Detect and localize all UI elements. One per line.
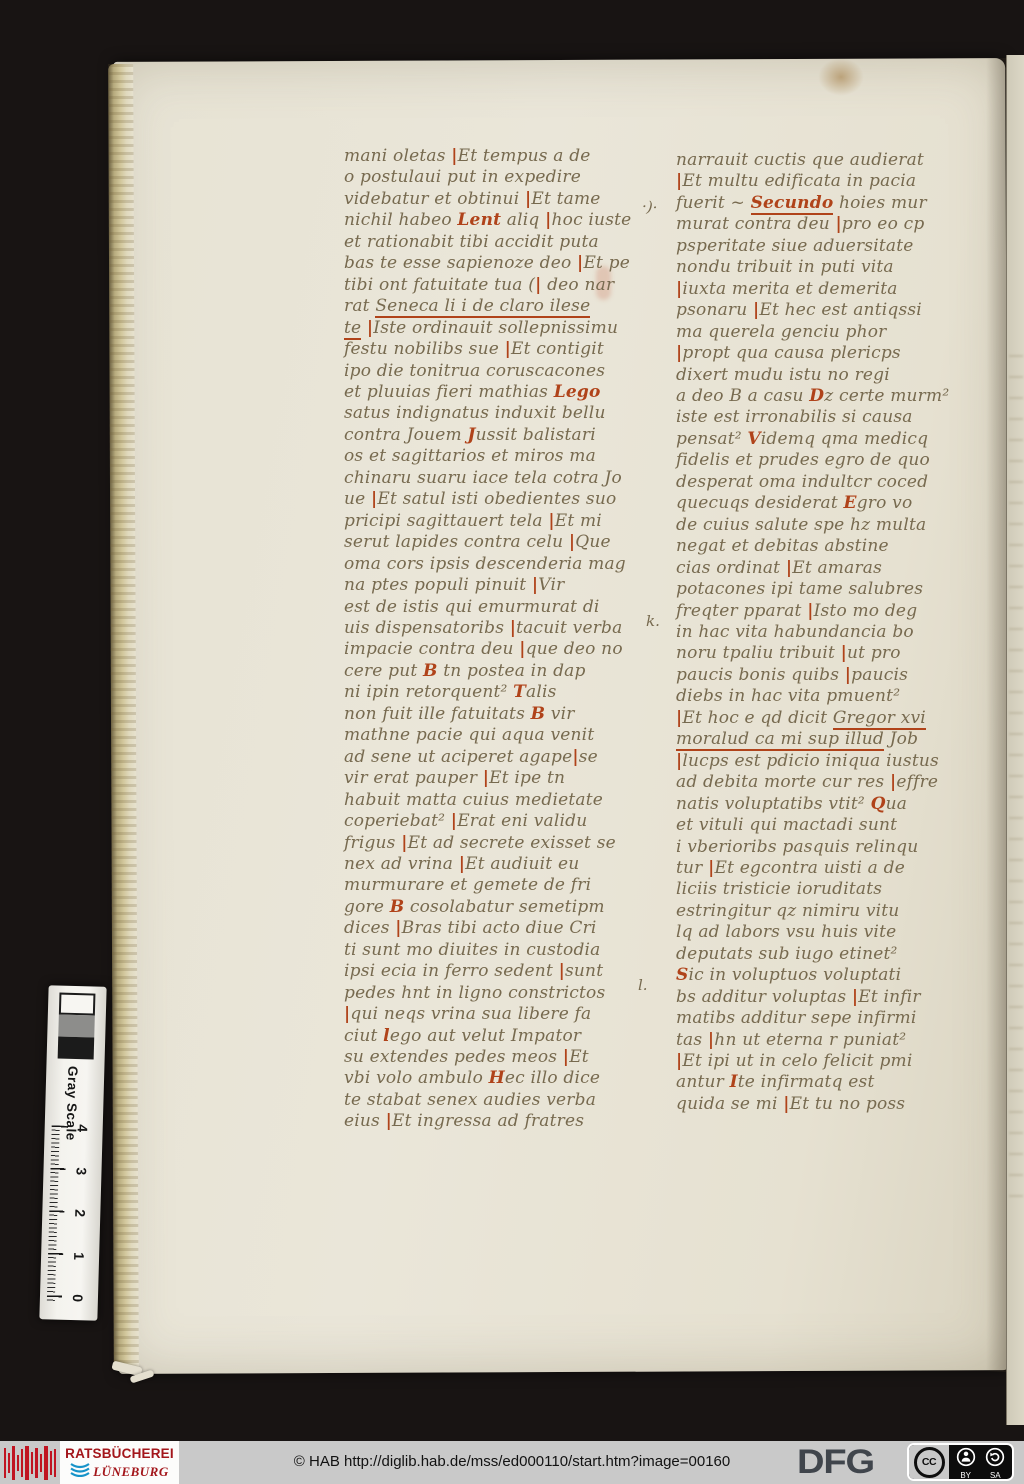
attribution-person-icon	[956, 1454, 976, 1471]
manuscript-text-line: videbatur et obtinui |Et tame	[344, 189, 654, 210]
manuscript-text-line: ciut lego aut velut Impator	[344, 1026, 654, 1047]
parchment-stain	[818, 58, 864, 96]
rubricated-text: E	[844, 493, 857, 513]
ink-text: ciut	[344, 1026, 383, 1046]
manuscript-text-line: |lucps est pdicio iniqua iustus	[676, 751, 986, 772]
manuscript-text-line: te |Iste ordinauit sollepnissimu	[344, 318, 654, 339]
ink-text: Et	[569, 1047, 589, 1067]
ink-text: bs additur voluptas	[676, 987, 852, 1007]
manuscript-text-line: i vberioribs pasquis relinqu	[676, 837, 986, 858]
ink-text: iuxta merita et demerita	[682, 279, 897, 299]
text-column-right: narrauit cuctis que audierat|Et multu ed…	[676, 150, 986, 1115]
attribution-strip: RATSBÜCHEREI LÜNEBURG © HAB http://digli…	[0, 1441, 1024, 1484]
cc-by-block: BY	[953, 1447, 979, 1480]
ink-text: z certe murm²	[824, 386, 949, 406]
ink-text: pricipi sagittauert tela	[344, 511, 548, 531]
marginal-mark: k.	[646, 612, 660, 630]
ink-text: Et hoc e qd dicit	[682, 708, 833, 728]
rubricated-text: Gregor xvi	[833, 708, 926, 730]
manuscript-text-line: su extendes pedes meos |Et	[344, 1047, 654, 1068]
manuscript-text-line: na ptes populi pinuit |Vir	[344, 575, 654, 596]
ink-text: pensat²	[676, 429, 747, 449]
ink-text: hn ut eterna r puniat²	[714, 1030, 906, 1050]
ink-text: o postulaui put in expedire	[344, 167, 581, 187]
ink-text: Et tu no poss	[790, 1094, 906, 1114]
manuscript-text-line: coperiebat² |Erat eni validu	[344, 811, 654, 832]
ink-text: effre	[896, 772, 938, 792]
manuscript-text-line: vir erat pauper |Et ipe tn	[344, 768, 654, 789]
ink-text: desperat oma indultcr coced	[676, 472, 928, 492]
ink-text: nex ad vrina	[344, 854, 459, 874]
ink-text: qui neqs vrina sua libere fa	[350, 1004, 591, 1024]
ink-text: Et ad secrete exisset se	[408, 833, 616, 853]
facing-page-ghost-text	[1009, 355, 1023, 1215]
manuscript-text-line: a deo B a casu Dz certe murm²	[676, 386, 986, 407]
ink-text: vir	[545, 704, 574, 724]
ink-text: contra Jouem	[344, 425, 467, 445]
digitized-manuscript-photo: mani oletas |Et tempus a deo postulaui p…	[0, 0, 1024, 1484]
manuscript-text-line: uis dispensatoribs |tacuit verba	[344, 618, 654, 639]
manuscript-text-line: potacones ipi tame salubres	[676, 579, 986, 600]
rubricated-text: Lent	[457, 210, 501, 230]
ink-text: matibs additur sepe infirmi	[676, 1008, 917, 1028]
ink-text: iste est irronabilis si causa	[676, 407, 913, 427]
ink-text: tas	[676, 1030, 708, 1050]
ink-text: vbi volo ambulo	[344, 1068, 489, 1088]
ink-text: hoies mur	[833, 193, 926, 213]
ink-text: tn postea in dap	[438, 661, 586, 681]
ink-text: Et hec est antiqssi	[759, 300, 922, 320]
manuscript-text-line: cere put B tn postea in dap	[344, 661, 654, 682]
manuscript-text-line: ipo die tonitrua coruscacones	[344, 361, 654, 382]
manuscript-text-line: iste est irronabilis si causa	[676, 407, 986, 428]
rubricated-text: moralud ca mi sup illud	[676, 729, 884, 751]
ink-text: ma querela genciu phor	[676, 322, 887, 342]
rubricated-text: Seneca li i de claro ilese	[375, 296, 590, 318]
ink-text: pro eo cp	[842, 214, 925, 234]
manuscript-text-line: ni ipin retorquent² Talis	[344, 682, 654, 703]
manuscript-text-line: antur Ite infirmatq est	[676, 1072, 986, 1093]
manuscript-text-line: de cuius salute spe hz multa	[676, 515, 986, 536]
marginal-mark: ·)·	[641, 197, 658, 217]
manuscript-text-line: narrauit cuctis que audierat	[676, 150, 986, 171]
ink-text: cias ordinat	[676, 558, 786, 578]
ink-text: cere put	[344, 661, 423, 681]
ink-text: estringitur qz nimiru vitu	[676, 901, 899, 921]
ink-text: ussit balistari	[476, 425, 596, 445]
rubricated-text: Q	[871, 794, 886, 814]
manuscript-text-line: et pluuias fieri mathias Lego	[344, 382, 654, 403]
ink-text: nichil habeo	[344, 210, 457, 230]
manuscript-text-line: os et sagittarios et miros ma	[344, 446, 654, 467]
manuscript-text-line: nichil habeo Lent aliq |hoc iuste	[344, 210, 654, 231]
ink-text: Et satul isti obedientes suo	[377, 489, 616, 509]
ink-text: Et contigit	[511, 339, 604, 359]
ink-text: tur	[676, 858, 708, 878]
ink-text: os et sagittarios et miros ma	[344, 446, 596, 466]
ink-text: Erat eni validu	[457, 811, 587, 831]
manuscript-text-line: |Et ipi ut in celo felicit pmi	[676, 1051, 986, 1072]
ink-text: liciis tristicie ioruditats	[676, 879, 882, 899]
manuscript-text-line: psonaru |Et hec est antiqssi	[676, 300, 986, 321]
manuscript-text-line: dixert mudu istu no regi	[676, 365, 986, 386]
dfg-logo: DFG	[797, 1443, 874, 1482]
manuscript-text-line: tur |Et egcontra uisti a de	[676, 858, 986, 879]
ink-text: lucps est pdicio iniqua iustus	[682, 751, 939, 771]
ink-text: Et audiuit eu	[465, 854, 579, 874]
ink-text: mathne pacie qui aqua venit	[344, 725, 594, 745]
ink-text: a deo B a casu	[676, 386, 809, 406]
ink-text: psperitate siue aduersitate	[676, 236, 914, 256]
rubricated-text: te	[344, 318, 361, 340]
gray-scale-ruler: Gray Scale 43210	[39, 985, 106, 1320]
ink-text: dices	[344, 918, 395, 938]
ink-text: Job	[884, 729, 918, 749]
ink-text: et pluuias fieri mathias	[344, 382, 554, 402]
manuscript-text-line: gore B cosolabatur semetipm	[344, 897, 654, 918]
manuscript-text-line: desperat oma indultcr coced	[676, 472, 986, 493]
manuscript-text-line: natis voluptatibs vtit² Qua	[676, 794, 986, 815]
cc-by-label: BY	[953, 1472, 979, 1480]
manuscript-text-line: murmurare et gemete de fri	[344, 875, 654, 896]
ink-text: frigus	[344, 833, 401, 853]
ink-text: ec illo dice	[505, 1068, 600, 1088]
manuscript-text-line: pedes hnt in ligno constrictos	[344, 983, 654, 1004]
manuscript-text-line: impacie contra deu |que deo no	[344, 639, 654, 660]
share-alike-icon	[985, 1454, 1005, 1471]
ink-text: Vir	[538, 575, 564, 595]
manuscript-text-line: et vituli qui mactadi sunt	[676, 815, 986, 836]
ink-text: Que	[575, 532, 611, 552]
manuscript-text-line: fidelis et prudes egro de quo	[676, 450, 986, 471]
ink-text: ni ipin retorquent²	[344, 682, 513, 702]
ink-text: ego aut velut Impator	[390, 1026, 581, 1046]
ink-text: idemq qma medicq	[761, 429, 928, 449]
manuscript-text-line: habuit matta cuius medietate	[344, 790, 654, 811]
manuscript-text-line: frigus |Et ad secrete exisset se	[344, 833, 654, 854]
ink-text: Bras tibi acto diue Cri	[402, 918, 597, 938]
ink-text: narrauit cuctis que audierat	[676, 150, 924, 170]
ruler-number: 0	[68, 1289, 86, 1307]
manuscript-text-line: non fuit ille fatuitats B vir	[344, 704, 654, 725]
manuscript-text-line: tas |hn ut eterna r puniat²	[676, 1030, 986, 1051]
ink-text: sunt	[565, 961, 603, 981]
manuscript-text-line: |Et hoc e qd dicit Gregor xvi	[676, 708, 986, 729]
manuscript-text-line: bs additur voluptas |Et infir	[676, 987, 986, 1008]
manuscript-text-line: liciis tristicie ioruditats	[676, 879, 986, 900]
rubricated-text: J	[467, 425, 475, 445]
ink-text: Et ipe tn	[489, 768, 565, 788]
manuscript-text-line: dices |Bras tibi acto diue Cri	[344, 918, 654, 939]
ink-text: chinaru suaru iace tela cotra Jo	[344, 468, 622, 488]
cc-letters: CC	[922, 1456, 936, 1468]
gray-scale-patch-gray	[58, 1015, 95, 1038]
manuscript-text-line: festu nobilibs sue |Et contigit	[344, 339, 654, 360]
gray-scale-patch-black	[58, 1037, 95, 1060]
ink-text: non fuit ille fatuitats	[344, 704, 531, 724]
ink-text: negat et debitas abstine	[676, 536, 889, 556]
manuscript-text-line: est de istis qui emurmurat di	[344, 597, 654, 618]
cc-icon: CC	[909, 1445, 949, 1479]
manuscript-text-line: et rationabit tibi accidit puta	[344, 232, 654, 253]
text-column-left: mani oletas |Et tempus a deo postulaui p…	[344, 146, 654, 1133]
ink-text: serut lapides contra celu	[344, 532, 569, 552]
rubricated-text: B	[390, 897, 405, 917]
ink-text: et vituli qui mactadi sunt	[676, 815, 897, 835]
manuscript-text-line: |Et multu edificata in pacia	[676, 171, 986, 192]
ink-text: lq ad labors vsu huis vite	[676, 922, 896, 942]
manuscript-text-line: ad sene ut aciperet agape|se	[344, 747, 654, 768]
ink-text: deo nar	[541, 275, 614, 295]
ink-text: gro vo	[857, 493, 913, 513]
ink-text: oma cors ipsis descenderia mag	[344, 554, 626, 574]
manuscript-text-line: serut lapides contra celu |Que	[344, 532, 654, 553]
rubricated-text: T	[513, 682, 526, 702]
ink-text: rat	[344, 296, 375, 316]
ink-text: Iste ordinauit sollepnissimu	[373, 318, 618, 338]
ink-text: paucis	[851, 665, 908, 685]
manuscript-text-line: ad debita morte cur res |effre	[676, 772, 986, 793]
rubricated-text: S	[676, 965, 688, 985]
ink-text: est de istis qui emurmurat di	[344, 597, 600, 617]
rubricated-text: B	[423, 661, 438, 681]
manuscript-text-line: deputats sub iugo etinet²	[676, 944, 986, 965]
rubricated-text: Secundo	[751, 193, 834, 215]
ink-text: i vberioribs pasquis relinqu	[676, 837, 918, 857]
manuscript-text-line: fuerit ~ Secundo hoies mur	[676, 193, 986, 214]
ink-text: ipo die tonitrua coruscacones	[344, 361, 605, 381]
manuscript-text-line: ma querela genciu phor	[676, 322, 986, 343]
manuscript-text-line: te stabat senex audies verba	[344, 1090, 654, 1111]
manuscript-text-line: o postulaui put in expedire	[344, 167, 654, 188]
ink-text: Et ingressa ad fratres	[392, 1111, 584, 1131]
ink-text: Et amaras	[792, 558, 882, 578]
manuscript-text-line: pensat² Videmq qma medicq	[676, 429, 986, 450]
ink-text: Et ipi ut in celo felicit pmi	[682, 1051, 912, 1071]
manuscript-text-line: nondu tribuit in puti vita	[676, 257, 986, 278]
ink-text: impacie contra deu	[344, 639, 519, 659]
manuscript-text-line: vbi volo ambulo Hec illo dice	[344, 1068, 654, 1089]
rubricated-text: V	[747, 429, 760, 449]
manuscript-text-line: ti sunt mo diuites in custodia	[344, 940, 654, 961]
ink-text: te stabat senex audies verba	[344, 1090, 596, 1110]
ink-text: ut pro	[847, 643, 901, 663]
ink-text: et rationabit tibi accidit puta	[344, 232, 599, 252]
ink-text: ue	[344, 489, 371, 509]
gray-scale-patch-white	[59, 993, 96, 1016]
manuscript-text-line: cias ordinat |Et amaras	[676, 558, 986, 579]
ink-text: que deo no	[526, 639, 623, 659]
ink-text: su extendes pedes meos	[344, 1047, 563, 1067]
ink-text: ad sene ut aciperet agape	[344, 747, 572, 767]
cc-license-badge: CC BY	[907, 1443, 1014, 1481]
ink-text: alis	[526, 682, 557, 702]
ink-text: tibi ont fatuitate tua (	[344, 275, 535, 295]
ink-text: Et infir	[858, 987, 921, 1007]
ink-text: vir erat pauper	[344, 768, 483, 788]
ink-text: freqter pparat	[676, 601, 807, 621]
manuscript-text-line: Sic in voluptuos voluptati	[676, 965, 986, 986]
rubricated-text: l	[383, 1026, 390, 1046]
ink-text: noru tpaliu tribuit	[676, 643, 841, 663]
ink-text: paucis bonis quibs	[676, 665, 845, 685]
manuscript-text-line: murat contra deu |pro eo cp	[676, 214, 986, 235]
manuscript-text-line: matibs additur sepe infirmi	[676, 1008, 986, 1029]
ruler-major-ticks	[47, 1125, 67, 1300]
manuscript-text-line: freqter pparat |Isto mo deg	[676, 601, 986, 622]
page-deckle-edge	[108, 64, 139, 1370]
facing-page-edge	[1006, 55, 1024, 1425]
gutter-shadow	[986, 58, 1006, 1372]
ink-text: ua	[886, 794, 907, 814]
ink-text: ipsi ecia in ferro sedent	[344, 961, 559, 981]
ink-text: gore	[344, 897, 390, 917]
ink-text: dixert mudu istu no regi	[676, 365, 890, 385]
manuscript-text-line: negat et debitas abstine	[676, 536, 986, 557]
manuscript-text-line: pricipi sagittauert tela |Et mi	[344, 511, 654, 532]
manuscript-text-line: mathne pacie qui aqua venit	[344, 725, 654, 746]
ink-text: bas te esse sapienoze deo	[344, 253, 577, 273]
manuscript-text-line: paucis bonis quibs |paucis	[676, 665, 986, 686]
ink-text: coperiebat²	[344, 811, 451, 831]
ink-text: murat contra deu	[676, 214, 835, 234]
ink-text: habuit matta cuius medietate	[344, 790, 603, 810]
manuscript-text-line: quida se mi |Et tu no poss	[676, 1094, 986, 1115]
marginal-mark: l.	[638, 976, 648, 994]
ink-text: natis voluptatibs vtit²	[676, 794, 871, 814]
ink-text: mani oletas	[344, 146, 451, 166]
manuscript-text-line: |qui neqs vrina sua libere fa	[344, 1004, 654, 1025]
ink-text: ti sunt mo diuites in custodia	[344, 940, 601, 960]
ink-text: Et egcontra uisti a de	[715, 858, 905, 878]
binding-thread	[112, 1362, 158, 1388]
ink-text: cosolabatur semetipm	[404, 897, 604, 917]
ink-text: fidelis et prudes egro de quo	[676, 450, 930, 470]
ink-text: ic in voluptuos voluptati	[688, 965, 901, 985]
manuscript-text-line: ue |Et satul isti obedientes suo	[344, 489, 654, 510]
ruler-number: 3	[71, 1161, 89, 1179]
manuscript-text-line: ipsi ecia in ferro sedent |sunt	[344, 961, 654, 982]
manuscript-text-line: lq ad labors vsu huis vite	[676, 922, 986, 943]
ink-text: de cuius salute spe hz multa	[676, 515, 926, 535]
ink-text: antur	[676, 1072, 730, 1092]
ink-text: Isto mo deg	[814, 601, 918, 621]
ink-text: na ptes populi pinuit	[344, 575, 532, 595]
rubricated-text: B	[531, 704, 546, 724]
ink-text: eius	[344, 1111, 386, 1131]
ruler-number: 1	[69, 1246, 87, 1264]
ruler-number: 4	[72, 1119, 90, 1137]
ink-text: te infirmatq est	[738, 1072, 875, 1092]
manuscript-text-line: rat Seneca li i de claro ilese	[344, 296, 654, 317]
ink-text: fuerit ~	[676, 193, 751, 213]
ink-text: Et mi	[555, 511, 602, 531]
manuscript-text-line: quecuqs desiderat Egro vo	[676, 493, 986, 514]
ink-text: nondu tribuit in puti vita	[676, 257, 894, 277]
manuscript-text-line: moralud ca mi sup illud Job	[676, 729, 986, 750]
manuscript-text-line: mani oletas |Et tempus a de	[344, 146, 654, 167]
rubricated-text: I	[730, 1072, 738, 1092]
manuscript-text-line: eius |Et ingressa ad fratres	[344, 1111, 654, 1132]
ink-text: ad debita morte cur res	[676, 772, 890, 792]
ink-text: hoc iuste	[552, 210, 632, 230]
ink-text: deputats sub iugo etinet²	[676, 944, 898, 964]
ink-text: satus indignatus induxit bellu	[344, 403, 606, 423]
manuscript-text-line: psperitate siue aduersitate	[676, 236, 986, 257]
manuscript-text-line: |propt qua causa plericps	[676, 343, 986, 364]
ink-text: aliq	[501, 210, 545, 230]
ink-text: Et pe	[583, 253, 630, 273]
ink-text: uis dispensatoribs	[344, 618, 510, 638]
manuscript-text-line: nex ad vrina |Et audiuit eu	[344, 854, 654, 875]
manuscript-text-line: in hac vita habundancia bo	[676, 622, 986, 643]
manuscript-text-line: bas te esse sapienoze deo |Et pe	[344, 253, 654, 274]
ink-text: diebs in hac vita pmuent²	[676, 686, 900, 706]
cc-sa-label: SA	[982, 1472, 1008, 1480]
manuscript-text-line: noru tpaliu tribuit |ut pro	[676, 643, 986, 664]
manuscript-text-line: |iuxta merita et demerita	[676, 279, 986, 300]
manuscript-text-line: contra Jouem Jussit balistari	[344, 425, 654, 446]
ink-text: quecuqs desiderat	[676, 493, 844, 513]
ink-text: quida se mi	[676, 1094, 783, 1114]
manuscript-text-line: diebs in hac vita pmuent²	[676, 686, 986, 707]
manuscript-text-line: oma cors ipsis descenderia mag	[344, 554, 654, 575]
ink-text: potacones ipi tame salubres	[676, 579, 923, 599]
manuscript-text-line: tibi ont fatuitate tua (| deo nar	[344, 275, 654, 296]
ink-text: murmurare et gemete de fri	[344, 875, 591, 895]
ink-text: Et tempus a de	[458, 146, 591, 166]
ink-text: Et tame	[531, 189, 600, 209]
manuscript-text-line: chinaru suaru iace tela cotra Jo	[344, 468, 654, 489]
manuscript-text-line: estringitur qz nimiru vitu	[676, 901, 986, 922]
ruler-number: 2	[70, 1204, 88, 1222]
ink-text: Et multu edificata in pacia	[682, 171, 916, 191]
ink-text: tacuit verba	[516, 618, 622, 638]
ink-text: se	[579, 747, 598, 767]
cc-sa-block: SA	[982, 1447, 1008, 1480]
ink-text: festu nobilibs sue	[344, 339, 505, 359]
ink-text: videbatur et obtinui	[344, 189, 525, 209]
ink-text: propt qua causa plericps	[682, 343, 900, 363]
ink-text: in hac vita habundancia bo	[676, 622, 914, 642]
rubricated-text: D	[809, 386, 824, 406]
rubricated-text: H	[489, 1068, 505, 1088]
rubricated-text: Lego	[554, 382, 601, 402]
manuscript-text-line: satus indignatus induxit bellu	[344, 403, 654, 424]
ink-text: pedes hnt in ligno constrictos	[344, 983, 605, 1003]
ink-text: psonaru	[676, 300, 753, 320]
